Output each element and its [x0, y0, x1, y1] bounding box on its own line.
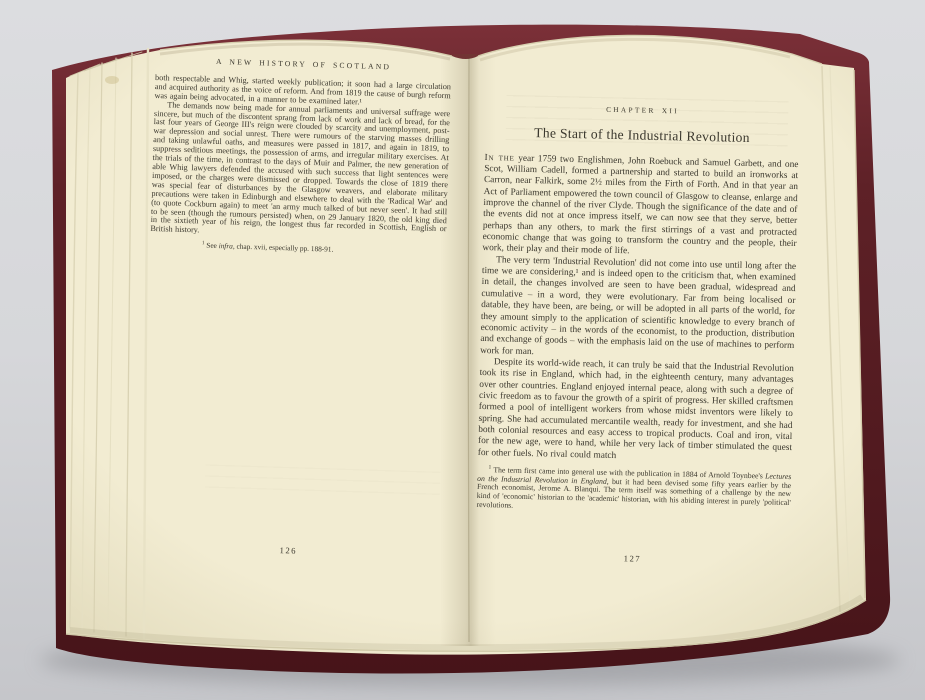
right-page-number: 127 — [475, 550, 789, 568]
running-header: A NEW HISTORY OF SCOTLAND — [156, 56, 452, 74]
chapter-title: The Start of the Industrial Revolution — [485, 126, 799, 144]
open-book-photo: A NEW HISTORY OF SCOTLAND both respectab… — [0, 0, 925, 700]
right-paragraph-1: In the year 1759 two Englishmen, John Ro… — [482, 153, 798, 262]
right-paragraph-3: Despite its world-wide reach, it can tru… — [478, 357, 794, 466]
right-page: CHAPTER XII The Start of the Industrial … — [473, 92, 800, 659]
left-page: A NEW HISTORY OF SCOTLAND both respectab… — [139, 50, 452, 589]
paragraph-opener: In the — [484, 153, 514, 164]
chapter-label: CHAPTER XII — [486, 102, 800, 120]
left-paragraph-2: The demands now being made for annual pa… — [150, 101, 450, 244]
left-footnote: 1 See infra, chap. xvii, especially pp. … — [150, 240, 446, 257]
left-page-number: 126 — [140, 542, 436, 560]
right-paragraph-2: The very term 'Industrial Revolution' di… — [480, 255, 796, 364]
right-footnote: 1 The term first came into general use w… — [477, 466, 792, 517]
